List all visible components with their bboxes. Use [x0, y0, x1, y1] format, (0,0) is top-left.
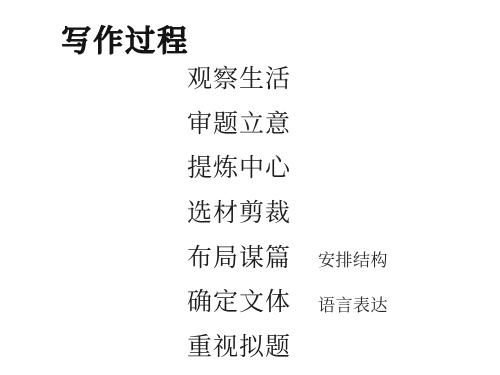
list-item: 重视拟题	[187, 323, 388, 368]
list-item: 布局谋篇 安排结构	[187, 233, 388, 278]
page-title: 写作过程	[61, 16, 189, 60]
step-label: 重视拟题	[187, 327, 318, 363]
step-label: 观察生活	[187, 59, 318, 95]
step-label: 审题立意	[187, 104, 318, 140]
writing-process-list: 观察生活 审题立意 提炼中心 选材剪裁 布局谋篇 安排结构 确定文体 语言表达 …	[187, 55, 388, 367]
list-item: 提炼中心	[187, 144, 388, 189]
list-item: 确定文体 语言表达	[187, 278, 388, 323]
slide: 写作过程 观察生活 审题立意 提炼中心 选材剪裁 布局谋篇 安排结构 确定文体 …	[0, 0, 500, 375]
list-item: 选材剪裁	[187, 189, 388, 234]
step-label: 确定文体	[187, 282, 318, 318]
step-label: 布局谋篇	[187, 238, 318, 274]
list-item: 观察生活	[187, 55, 388, 100]
step-label: 提炼中心	[187, 148, 318, 184]
step-annotation: 语言表达	[318, 291, 388, 316]
list-item: 审题立意	[187, 100, 388, 145]
step-label: 选材剪裁	[187, 193, 318, 229]
step-annotation: 安排结构	[318, 246, 388, 271]
